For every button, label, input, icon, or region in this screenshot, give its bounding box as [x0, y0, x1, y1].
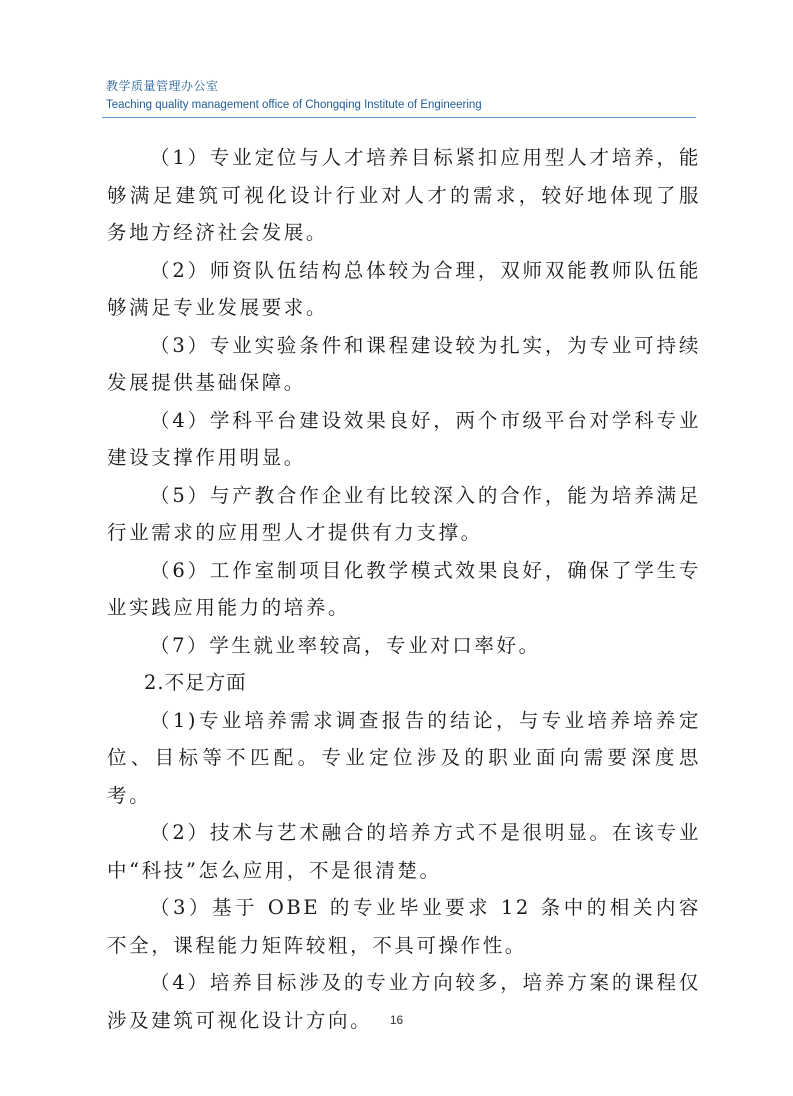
weakness-item-3: （3）基于 OBE 的专业毕业要求 12 条中的相关内容不全，课程能力矩阵较粗，…: [107, 889, 701, 964]
strength-item-4: （4）学科平台建设效果良好，两个市级平台对学科专业建设支撑作用明显。: [107, 402, 701, 477]
strength-item-6: （6）工作室制项目化教学模式效果良好，确保了学生专业实践应用能力的培养。: [107, 552, 701, 627]
strength-item-3: （3）专业实验条件和课程建设较为扎实，为专业可持续发展提供基础保障。: [107, 327, 701, 402]
weakness-item-1: （1)专业培养需求调查报告的结论，与专业培养培养定位、目标等不匹配。专业定位涉及…: [107, 702, 701, 815]
header-divider: [102, 117, 696, 118]
office-name-en: Teaching quality management office of Ch…: [106, 98, 696, 112]
office-name-cn: 教学质量管理办公室: [106, 78, 696, 94]
weakness-item-2: （2）技术与艺术融合的培养方式不是很明显。在该专业中“科技”怎么应用，不是很清楚…: [107, 814, 701, 889]
page-header: 教学质量管理办公室 Teaching quality management of…: [106, 78, 696, 112]
weakness-item-4: （4）培养目标涉及的专业方向较多，培养方案的课程仅涉及建筑可视化设计方向。: [107, 964, 701, 1039]
weakness-heading: 2.不足方面: [107, 664, 701, 702]
document-body: （1）专业定位与人才培养目标紧扣应用型人才培养，能够满足建筑可视化设计行业对人才…: [107, 139, 701, 1039]
strength-item-2: （2）师资队伍结构总体较为合理，双师双能教师队伍能够满足专业发展要求。: [107, 252, 701, 327]
strength-item-1: （1）专业定位与人才培养目标紧扣应用型人才培养，能够满足建筑可视化设计行业对人才…: [107, 139, 701, 252]
page-number: 16: [0, 1013, 793, 1027]
strength-item-7: （7）学生就业率较高，专业对口率好。: [107, 627, 701, 665]
strength-item-5: （5）与产教合作企业有比较深入的合作，能为培养满足行业需求的应用型人才提供有力支…: [107, 477, 701, 552]
